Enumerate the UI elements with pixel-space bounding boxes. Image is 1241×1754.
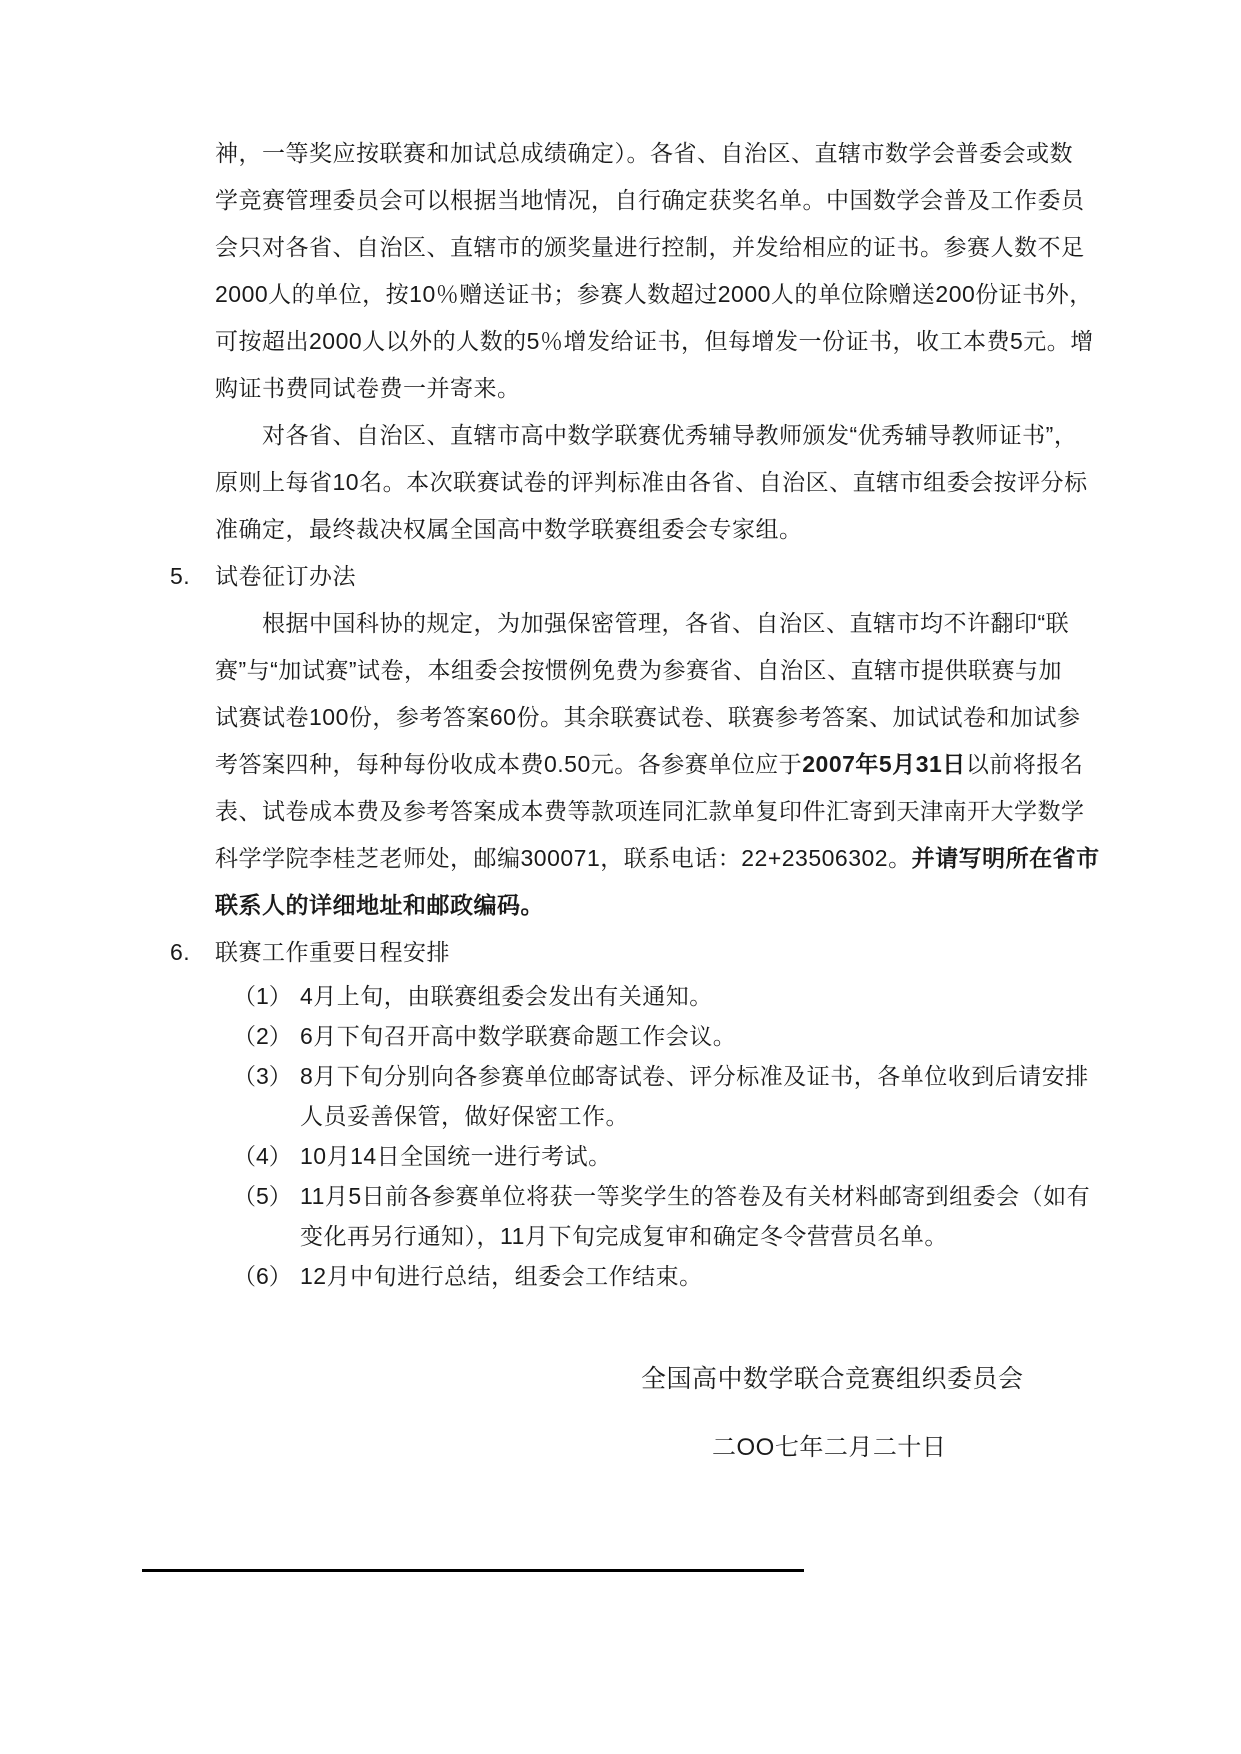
- text-line: 人员妥善保管，做好保密工作。: [300, 1096, 1085, 1136]
- section-5-heading: 5. 试卷征订办法: [215, 553, 1085, 600]
- schedule-list: （1）4月上旬，由联赛组委会发出有关通知。（2）6月下旬召开高中数学联赛命题工作…: [215, 976, 1085, 1296]
- text-line: 准确定，最终裁决权属全国高中数学联赛组委会专家组。: [215, 506, 1085, 553]
- schedule-item-number: （3）: [233, 1056, 292, 1096]
- schedule-item-number: （4）: [233, 1136, 292, 1176]
- text-line: 神，一等奖应按联赛和加试总成绩确定）。各省、自治区、直辖市数学会普委会或数: [215, 130, 1085, 177]
- document-body: 神，一等奖应按联赛和加试总成绩确定）。各省、自治区、直辖市数学会普委会或数学竞赛…: [215, 130, 1085, 1296]
- text-line: 原则上每省10名。本次联赛试卷的评判标准由各省、自治区、直辖市组委会按评分标: [215, 459, 1085, 506]
- text-line: 购证书费同试卷费一并寄来。: [215, 365, 1085, 412]
- section-6-number: 6.: [170, 929, 190, 976]
- schedule-item-number: （1）: [233, 976, 292, 1016]
- text-line: 可按超出2000人以外的人数的5％增发给证书，但每增发一份证书，收工本费5元。增: [215, 318, 1085, 365]
- text-line: 2000人的单位，按10％赠送证书；参赛人数超过2000人的单位除赠送200份证…: [215, 271, 1085, 318]
- signature-organization: 全国高中数学联合竞赛组织委员会: [641, 1362, 1024, 1396]
- text-line: 11月5日前各参赛单位将获一等奖学生的答卷及有关材料邮寄到组委会（如有: [300, 1176, 1085, 1216]
- text-line: 变化再另行通知），11月下旬完成复审和确定冬令营营员名单。: [300, 1216, 1085, 1256]
- section-5-number: 5.: [170, 553, 190, 600]
- schedule-item: （5）11月5日前各参赛单位将获一等奖学生的答卷及有关材料邮寄到组委会（如有变化…: [215, 1176, 1085, 1256]
- schedule-item: （4）10月14日全国统一进行考试。: [215, 1136, 1085, 1176]
- para-award-distribution: 神，一等奖应按联赛和加试总成绩确定）。各省、自治区、直辖市数学会普委会或数学竞赛…: [215, 130, 1085, 412]
- text-line: 8月下旬分别向各参赛单位邮寄试卷、评分标准及证书，各单位收到后请安排: [300, 1056, 1085, 1096]
- schedule-item: （3）8月下旬分别向各参赛单位邮寄试卷、评分标准及证书，各单位收到后请安排人员妥…: [215, 1056, 1085, 1136]
- text-line: 会只对各省、自治区、直辖市的颁奖量进行控制，并发给相应的证书。参赛人数不足: [215, 224, 1085, 271]
- schedule-item: （2）6月下旬召开高中数学联赛命题工作会议。: [215, 1016, 1085, 1056]
- schedule-item-number: （2）: [233, 1016, 292, 1056]
- para-tutor-award: 对各省、自治区、直辖市高中数学联赛优秀辅导教师颁发“优秀辅导教师证书”，原则上每…: [215, 412, 1085, 553]
- text-line: 10月14日全国统一进行考试。: [300, 1136, 1085, 1176]
- section-6-heading: 6. 联赛工作重要日程安排: [215, 929, 1085, 976]
- text-line: 4月上旬，由联赛组委会发出有关通知。: [300, 976, 1085, 1016]
- text-line: 学竞赛管理委员会可以根据当地情况，自行确定获奖名单。中国数学会普及工作委员: [215, 177, 1085, 224]
- text-line: 根据中国科协的规定，为加强保密管理，各省、自治区、直辖市均不许翻印“联: [215, 600, 1085, 647]
- text-line: 表、试卷成本费及参考答案成本费等款项连同汇款单复印件汇寄到天津南开大学数学: [215, 788, 1085, 835]
- text-line: 联系人的详细地址和邮政编码。: [215, 882, 1085, 929]
- text-line: 对各省、自治区、直辖市高中数学联赛优秀辅导教师颁发“优秀辅导教师证书”，: [215, 412, 1085, 459]
- text-line: 6月下旬召开高中数学联赛命题工作会议。: [300, 1016, 1085, 1056]
- schedule-item: （1）4月上旬，由联赛组委会发出有关通知。: [215, 976, 1085, 1016]
- section-5-title: 试卷征订办法: [215, 563, 356, 589]
- schedule-item: （6）12月中旬进行总结，组委会工作结束。: [215, 1256, 1085, 1296]
- text-line: 12月中旬进行总结，组委会工作结束。: [300, 1256, 1085, 1296]
- footnote-divider: [142, 1569, 804, 1572]
- schedule-item-number: （6）: [233, 1256, 292, 1296]
- text-line: 试赛试卷100份，参考答案60份。其余联赛试卷、联赛参考答案、加试试卷和加试参: [215, 694, 1085, 741]
- text-line: 科学学院李桂芝老师处，邮编300071，联系电话：22+23506302。并请写…: [215, 835, 1085, 882]
- text-line: 赛”与“加试赛”试卷，本组委会按惯例免费为参赛省、自治区、直辖市提供联赛与加: [215, 647, 1085, 694]
- signature-date: 二OO七年二月二十日: [712, 1432, 946, 1464]
- text-line: 考答案四种，每种每份收成本费0.50元。各参赛单位应于2007年5月31日以前将…: [215, 741, 1085, 788]
- schedule-item-number: （5）: [233, 1176, 292, 1216]
- document-page: 神，一等奖应按联赛和加试总成绩确定）。各省、自治区、直辖市数学会普委会或数学竞赛…: [0, 0, 1241, 1754]
- section-6-title: 联赛工作重要日程安排: [215, 939, 450, 965]
- para-paper-ordering: 根据中国科协的规定，为加强保密管理，各省、自治区、直辖市均不许翻印“联赛”与“加…: [215, 600, 1085, 929]
